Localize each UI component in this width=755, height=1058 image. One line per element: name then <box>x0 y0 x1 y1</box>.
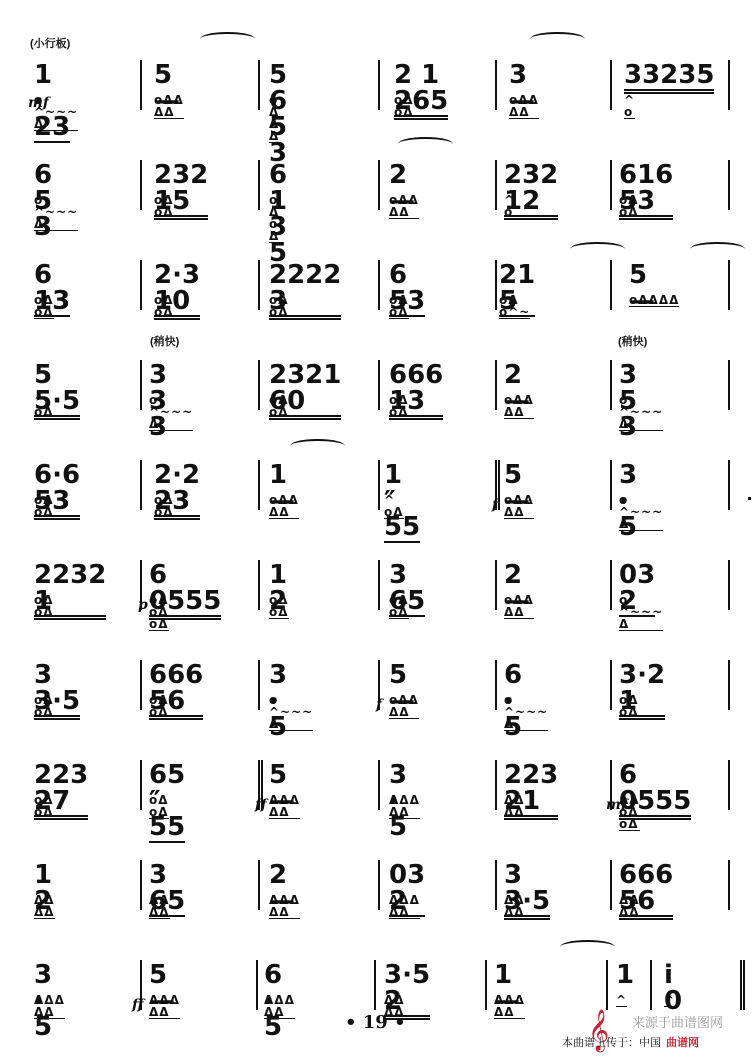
percussion-notation: oΔΔ ΔΔ <box>389 194 419 219</box>
score-line: 1 · 23o ^~~~ Δ5 —oΔΔ ΔΔ5 6 5 3o Δ Δ Δ2 1… <box>0 42 755 137</box>
percussion-notation: oΔ oΔ oΔ <box>149 594 169 631</box>
barline <box>610 460 612 510</box>
barline <box>258 560 260 610</box>
score-line: 223 27oΔ oΔ65 ″ 55oΔ oΔ5 —ΔΔΔ ΔΔ3 · 5ΔΔΔ… <box>0 742 755 837</box>
percussion-notation: o ^~~~ Δ <box>269 694 313 731</box>
barline <box>140 60 142 110</box>
percussion-notation: oΔ oΔ <box>34 294 54 319</box>
percussion-notation: ΔΔ ΔΔ <box>34 894 55 919</box>
percussion-notation: oΔ oΔ <box>269 594 289 619</box>
score-line: 3 3·5oΔ oΔ666 56oΔ oΔ3 · 5o ^~~~ Δ5 —oΔΔ… <box>0 642 755 737</box>
barline <box>610 660 612 710</box>
barline <box>140 160 142 210</box>
barline <box>495 60 497 110</box>
percussion-notation: ΔΔ ΔΔ <box>619 894 640 919</box>
barline <box>728 360 730 410</box>
percussion-notation: ΔΔ ΔΔ <box>149 894 170 919</box>
barline <box>610 860 612 910</box>
percussion-notation: ΔΔΔ ΔΔ <box>269 794 300 819</box>
score-line: 6 13oΔ oΔ2·3 10oΔ oΔ2222 3oΔ oΔ6 53oΔ oΔ… <box>0 242 755 337</box>
barline <box>495 360 497 410</box>
percussion-notation: ΔΔΔ ΔΔ <box>149 994 180 1019</box>
percussion-notation: oΔ oΔ <box>34 794 54 819</box>
tie-slur <box>560 940 615 954</box>
barline <box>258 660 260 710</box>
barline <box>610 60 612 110</box>
percussion-notation: ^ o <box>624 94 635 119</box>
barline <box>610 260 612 310</box>
barline <box>140 660 142 710</box>
dynamic-mark: mf <box>606 797 627 813</box>
tempo-mark: (稍快) <box>150 333 179 349</box>
barline <box>140 860 142 910</box>
barline <box>258 460 260 510</box>
barline <box>256 960 258 1010</box>
percussion-notation: oΔΔ ΔΔ <box>269 494 299 519</box>
watermark-upload: 本曲谱上传于：中国 <box>562 1034 661 1050</box>
barline <box>378 560 380 610</box>
percussion-notation: ^ oΔ <box>34 394 54 419</box>
percussion-notation: ΔΔΔ ΔΔ <box>269 894 300 919</box>
percussion-notation: oΔΔΔΔ <box>629 294 679 307</box>
barline <box>495 860 497 910</box>
percussion-notation: o ^~~~ Δ <box>504 694 548 731</box>
percussion-notation: o ^~~~ Δ <box>34 194 78 231</box>
barline <box>495 560 497 610</box>
jianpu-notes: 33235 <box>624 62 714 94</box>
score-line: 5 5·5^ oΔ3 3 3o ^~~~ Δ2321 60oΔ oΔ666 13… <box>0 342 755 437</box>
barline <box>258 60 260 110</box>
percussion-notation: ^ oΔ <box>384 494 404 519</box>
barline <box>495 160 497 210</box>
watermark-source: 来源于曲谱图网 <box>632 1012 723 1031</box>
percussion-notation: oΔ oΔ <box>619 694 639 719</box>
percussion-notation: ΔΔ ΔΔ <box>504 794 525 819</box>
percussion-notation: ΔΔΔ ΔΔ <box>494 994 525 1019</box>
barline <box>378 260 380 310</box>
barline <box>378 160 380 210</box>
barline <box>140 760 142 810</box>
tempo-mark: (稍快) <box>618 333 647 349</box>
percussion-notation: o ^~~~ Δ <box>619 494 663 531</box>
percussion-notation: oΔ oΔ <box>154 294 174 319</box>
percussion-notation: ΔΔΔ ΔΔ <box>389 894 420 919</box>
percussion-notation: oΔ oΔ <box>34 594 54 619</box>
barline <box>378 360 380 410</box>
jianpu-notes: 1 <box>616 962 634 988</box>
dynamic-mark: ff <box>132 997 144 1013</box>
watermark-brand: 曲谱网 <box>666 1034 699 1050</box>
percussion-notation: oΔ oΔ <box>149 794 169 819</box>
barline <box>378 60 380 110</box>
percussion-notation: oΔΔ ΔΔ <box>154 94 184 119</box>
barline <box>485 960 487 1010</box>
dynamic-mark: p <box>138 597 148 613</box>
tie-slur <box>398 137 453 151</box>
tie-slur <box>530 32 585 46</box>
percussion-notation: oΔ o^~ <box>499 294 530 319</box>
barline <box>258 860 260 910</box>
barline <box>258 360 260 410</box>
barline <box>495 760 497 810</box>
percussion-notation: oΔ oΔ <box>34 694 54 719</box>
percussion-notation: o Δ Δ Δ <box>269 94 279 143</box>
barline <box>140 460 142 510</box>
percussion-notation: ΔΔ ΔΔ <box>504 894 525 919</box>
percussion-notation: oΔ oΔ <box>389 594 409 619</box>
tie-slur <box>290 439 345 453</box>
percussion-notation: o ^~~~ Δ <box>619 394 663 431</box>
percussion-notation: oΔ oΔ <box>389 294 409 319</box>
barline <box>740 960 745 1010</box>
tempo-mark: (小行板) <box>30 35 70 51</box>
barline <box>495 260 497 310</box>
barline <box>378 860 380 910</box>
percussion-notation: oΔ oΔ <box>389 394 409 419</box>
barline <box>610 560 612 610</box>
percussion-notation: oΔ oΔ <box>154 194 174 219</box>
tie-slur <box>690 242 745 256</box>
barline <box>610 360 612 410</box>
barline <box>378 460 380 510</box>
percussion-notation: oΔΔ ΔΔ <box>504 594 534 619</box>
barline <box>728 460 730 510</box>
percussion-notation: ^ <box>664 994 675 1007</box>
percussion-notation: oΔ oΔ <box>269 394 289 419</box>
barline <box>728 160 730 210</box>
percussion-notation: oΔΔ ΔΔ <box>504 394 534 419</box>
percussion-notation: oΔ oΔ <box>394 94 414 119</box>
barline <box>495 660 497 710</box>
barline <box>728 560 730 610</box>
percussion-notation: oΔ oΔ <box>619 194 639 219</box>
percussion-notation: oΔΔ ΔΔ <box>389 694 419 719</box>
percussion-notation: ^ o <box>504 194 515 219</box>
percussion-notation: o ^~~~ Δ <box>149 394 193 431</box>
tie-slur <box>200 32 255 46</box>
barline <box>728 660 730 710</box>
barline <box>374 960 376 1010</box>
dynamic-mark: mf <box>28 95 49 111</box>
dynamic-mark: f <box>492 497 498 513</box>
percussion-notation: oΔΔ ΔΔ <box>504 494 534 519</box>
percussion-notation: ΔΔΔ ΔΔ <box>389 794 420 819</box>
percussion-notation: o ^~~~ Δ <box>619 594 663 631</box>
percussion-notation: oΔ oΔ <box>269 294 289 319</box>
score-line: 1 2ΔΔ ΔΔ3 65ΔΔ ΔΔ2 —ΔΔΔ ΔΔ03 2ΔΔΔ ΔΔ3 3·… <box>0 842 755 937</box>
percussion-notation: oΔ oΔ <box>154 494 174 519</box>
dynamic-mark: f <box>376 697 382 713</box>
page-number: • 19 • <box>345 1012 406 1033</box>
barline <box>650 960 652 1010</box>
dynamic-mark: ff <box>255 797 267 813</box>
barline <box>140 360 142 410</box>
score-line: 2232 1oΔ oΔ6 0555oΔ oΔ oΔ1 2oΔ oΔ3 65oΔ … <box>0 542 755 637</box>
tie-slur <box>570 242 625 256</box>
percussion-notation: ΔΔΔ ΔΔ <box>264 994 295 1019</box>
barline <box>378 760 380 810</box>
barline <box>728 260 730 310</box>
percussion-notation: ^ <box>616 994 627 1007</box>
barline <box>140 260 142 310</box>
percussion-notation: oΔ oΔ <box>149 694 169 719</box>
percussion-notation: oΔΔ ΔΔ <box>509 94 539 119</box>
barline <box>606 960 608 1010</box>
barline <box>728 60 730 110</box>
percussion-notation: ΔΔΔ ΔΔ <box>34 994 65 1019</box>
percussion-notation: oΔ oΔ <box>34 494 54 519</box>
barline <box>728 760 730 810</box>
margin-mark <box>748 497 751 500</box>
barline <box>258 160 260 210</box>
percussion-notation: o Δ o Δ <box>269 194 279 243</box>
score-line: 6·6 53oΔ oΔ2·2 23oΔ oΔ1 —oΔΔ ΔΔ1 ″ 55^ o… <box>0 442 755 537</box>
barline <box>610 160 612 210</box>
barline <box>728 860 730 910</box>
barline <box>258 260 260 310</box>
score-line: 6 5 3o ^~~~ Δ232 15oΔ oΔ6 1 3 5o Δ o Δ2 … <box>0 142 755 237</box>
